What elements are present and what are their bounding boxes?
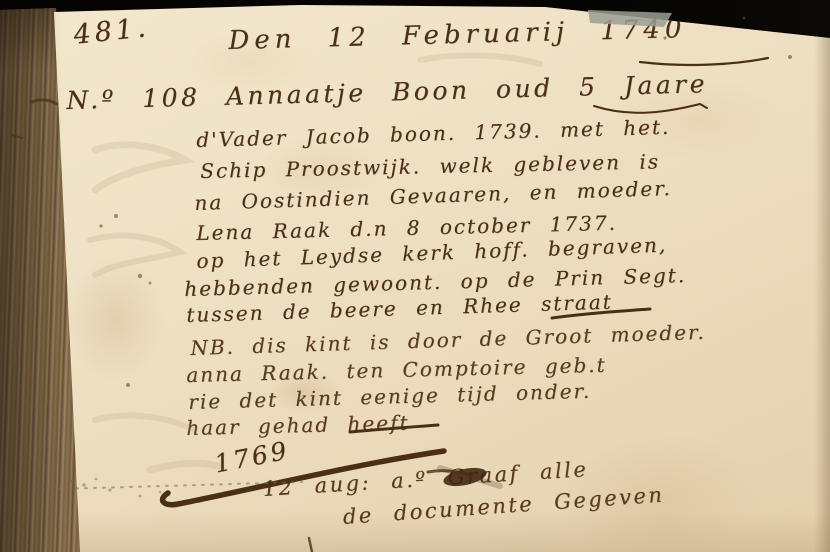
crossed-out-year: 1769 [212, 436, 292, 479]
page-number: 481. [72, 12, 151, 51]
record-line-1: d'Vader Jacob boon. 1739. met het. [196, 115, 671, 152]
record-line-3: na Oostindien Gevaaren, en moeder. [194, 176, 672, 215]
nb-note-line-4: haar gehad heeft [186, 411, 410, 440]
nb-note-line-1: NB. dis kint is door de Groot moeder. [190, 320, 706, 360]
manuscript-page: 481. Den 12 Februarij 1740 N.º 108 Annaa… [0, 0, 830, 552]
entry-heading: N.º 108 Annaatje Boon oud 5 Jaare [66, 69, 708, 115]
scanned-book-photo: 481. Den 12 Februarij 1740 N.º 108 Annaa… [0, 0, 830, 552]
